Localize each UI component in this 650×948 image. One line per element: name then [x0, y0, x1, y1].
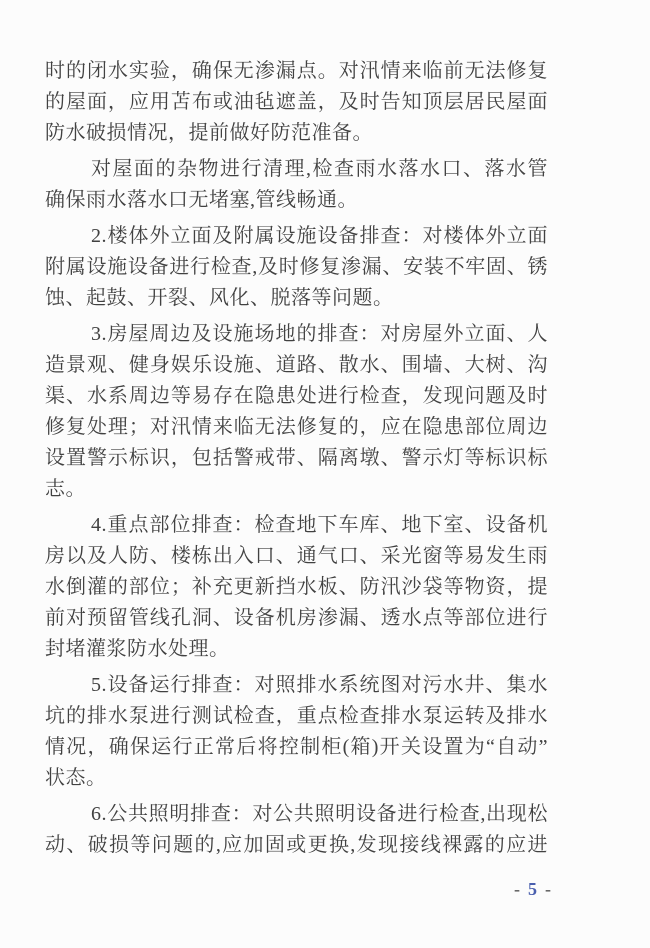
text-line: 2.楼体外立面及附属设施设备排查：对楼体外立面: [45, 221, 548, 252]
text-line: 确保雨水落水口无堵塞,管线畅通。: [45, 185, 548, 216]
text-line: 状态。: [45, 763, 548, 794]
text-line: 渠、水系周边等易存在隐患处进行检查，发现问题及时: [45, 381, 548, 412]
text-line: 修复处理；对汛情来临无法修复的，应在隐患部位周边: [45, 412, 548, 443]
text-line: 蚀、起鼓、开裂、风化、脱落等问题。: [45, 283, 548, 314]
text-line: 造景观、健身娱乐设施、道路、散水、围墙、大树、沟: [45, 350, 548, 381]
text-line: 对屋面的杂物进行清理,检查雨水落水口、落水管等,: [45, 154, 548, 185]
document-page: 时的闭水实验，确保无渗漏点。对汛情来临前无法修复 的屋面，应用苫布或油毡遮盖，及…: [0, 0, 650, 948]
page-number: - 5 -: [514, 878, 551, 900]
text-line: 附属设施设备进行检查,及时修复渗漏、安装不牢固、锈: [45, 252, 548, 283]
text-line: 5.设备运行排查：对照排水系统图对污水井、集水: [45, 670, 548, 701]
text-line: 设置警示标识，包括警戒带、隔离墩、警示灯等标识标: [45, 443, 548, 474]
text-line: 房以及人防、楼栋出入口、通气口、采光窗等易发生雨: [45, 541, 548, 572]
page-number-dash-right: -: [545, 878, 551, 900]
text-line: 水倒灌的部位；补充更新挡水板、防汛沙袋等物资，提: [45, 572, 548, 603]
text-line: 前对预留管线孔洞、设备机房渗漏、透水点等部位进行: [45, 603, 548, 634]
text-line: 坑的排水泵进行测试检查，重点检查排水泵运转及排水: [45, 701, 548, 732]
text-line: 的屋面，应用苫布或油毡遮盖，及时告知顶层居民屋面: [45, 87, 548, 118]
page-number-value: 5: [528, 878, 537, 900]
text-line: 防水破损情况，提前做好防范准备。: [45, 118, 548, 149]
text-line: 3.房屋周边及设施场地的排查：对房屋外立面、人: [45, 319, 548, 350]
page-number-dash-left: -: [514, 878, 520, 900]
text-line: 4.重点部位排查：检查地下车库、地下室、设备机: [45, 510, 548, 541]
text-line: 情况，确保运行正常后将控制柜(箱)开关设置为“自动”: [45, 732, 548, 763]
text-line: 志。: [45, 474, 548, 505]
text-line: 动、破损等问题的,应加固或更换,发现接线裸露的应进: [45, 830, 548, 861]
text-line: 6.公共照明排查：对公共照明设备进行检查,出现松: [45, 799, 548, 830]
text-line: 时的闭水实验，确保无渗漏点。对汛情来临前无法修复: [45, 56, 548, 87]
text-content: 时的闭水实验，确保无渗漏点。对汛情来临前无法修复 的屋面，应用苫布或油毡遮盖，及…: [45, 56, 548, 861]
text-line: 封堵灌浆防水处理。: [45, 634, 548, 665]
